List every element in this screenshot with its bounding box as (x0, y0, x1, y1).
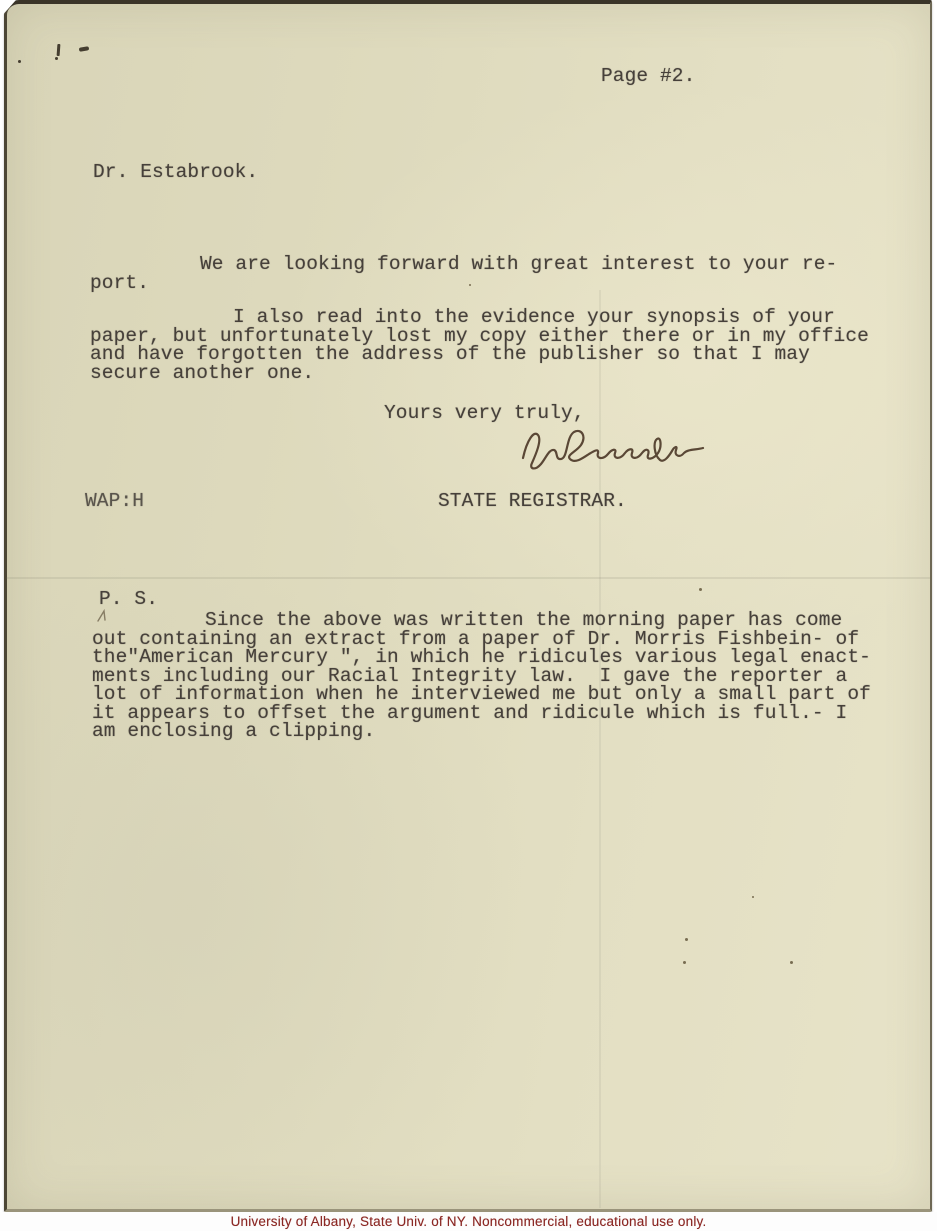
footer-strip: University of Albany, State Univ. of NY.… (0, 1212, 937, 1231)
signer-title: STATE REGISTRAR. (438, 492, 627, 511)
postscript-paragraph: Since the above was written the morning … (92, 611, 871, 741)
page-number: Page #2. (601, 67, 695, 86)
paper-corner-wedge (0, 0, 16, 18)
ink-speck (699, 588, 702, 591)
body-paragraph-2: I also read into the evidence your synop… (90, 308, 869, 382)
ink-speck (790, 961, 793, 964)
postscript-label: P. S. (99, 590, 158, 609)
ink-speck (18, 60, 21, 63)
horizontal-fold-crease (6, 577, 930, 579)
ink-speck (685, 938, 688, 941)
salutation: Dr. Estabrook. (93, 163, 258, 182)
ink-speck (469, 284, 471, 286)
typist-initials: WAP:H (85, 492, 144, 511)
closing-line: Yours very truly, (384, 404, 585, 423)
archive-credit-line: University of Albany, State Univ. of NY.… (231, 1214, 707, 1229)
body-paragraph-1: We are looking forward with great intere… (90, 255, 837, 292)
scanned-letter-page: Page #2. Dr. Estabrook. We are looking f… (0, 0, 937, 1231)
ink-speck (55, 57, 58, 60)
signature-icon (519, 422, 715, 476)
ink-speck (683, 961, 686, 964)
ink-speck (752, 896, 754, 898)
